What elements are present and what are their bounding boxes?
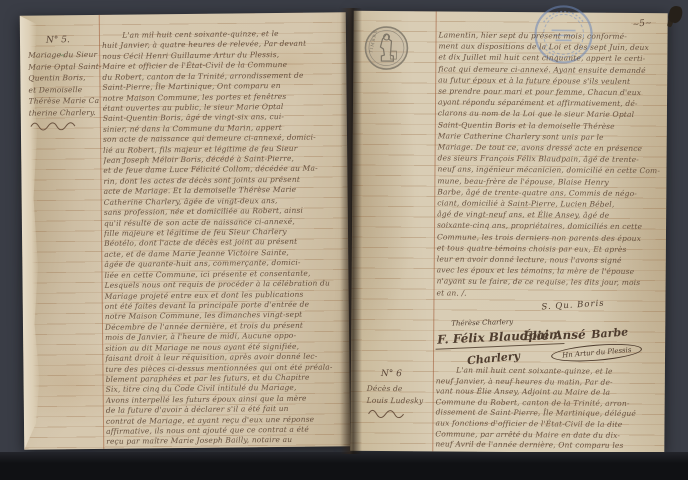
signature-bride: Thérèse Charlery [451, 318, 513, 328]
scanned-register-photo: N° 5. Mariage du SieurMarie Optal Saint-… [0, 0, 688, 480]
act-number-label: N° 5. [46, 35, 100, 46]
handwritten-line: et an. /. [436, 287, 660, 300]
handwritten-line: Quentin Boris, [28, 72, 100, 84]
act6-body-text: L'an mil huit cent soixante-quinze, et l… [435, 365, 660, 453]
handwritten-line: therine Charlery. [29, 106, 101, 118]
ink-blot-icon [667, 5, 684, 25]
margin-note-act6: N° 6 Décès deLouis Ludesky [367, 369, 433, 419]
act5-body-text: L'an mil huit cent soixante-quinze, et l… [102, 28, 345, 446]
handwritten-line: Louis Ludesky [367, 394, 433, 406]
margin-note-text: Mariage du SieurMarie Optal Saint-Quenti… [28, 49, 101, 119]
handwritten-line: reçu par maître Marie Joseph Bailly, not… [106, 435, 345, 447]
margin-note-act5: N° 5. Mariage du SieurMarie Optal Saint-… [28, 35, 101, 131]
handwritten-line: n'ayant su le faire, de ce requise, les … [437, 276, 661, 289]
handwritten-line: Thérèse Marie Ca [29, 95, 101, 107]
book-gutter [340, 8, 362, 454]
timbre-stamp-icon: TIMBRE [363, 23, 409, 73]
margin-note-text: Décès deLouis Ludesky [367, 383, 433, 407]
signature-officer-oval: Hn Artur du Plessis [551, 341, 643, 364]
act-number-label: N° 6 [381, 369, 433, 379]
flourish-icon [367, 409, 407, 418]
signature-family: Charlery [467, 349, 521, 367]
signature-witness-2: Élie Ansé [523, 328, 586, 344]
handwritten-line: neuf Avril de l'année dernière, Ont comp… [435, 440, 659, 452]
signature-witness-3: Barbe [591, 325, 629, 341]
handwritten-line: Marie Optal Saint- [28, 60, 100, 72]
flourish-icon [29, 121, 81, 131]
right-page: TIMBRE 5 Lamentin, hier sept du présent … [350, 11, 667, 453]
book-bottom-shadow [0, 452, 688, 480]
handwritten-line: et Demoiselle [28, 83, 100, 95]
act5-continuation-text: Lamentin, hier sept du présent mois, con… [436, 29, 662, 303]
left-page: N° 5. Mariage du SieurMarie Optal Saint-… [20, 12, 351, 449]
folio-number: 5 [632, 18, 652, 30]
handwritten-line: Décès de [367, 383, 433, 395]
